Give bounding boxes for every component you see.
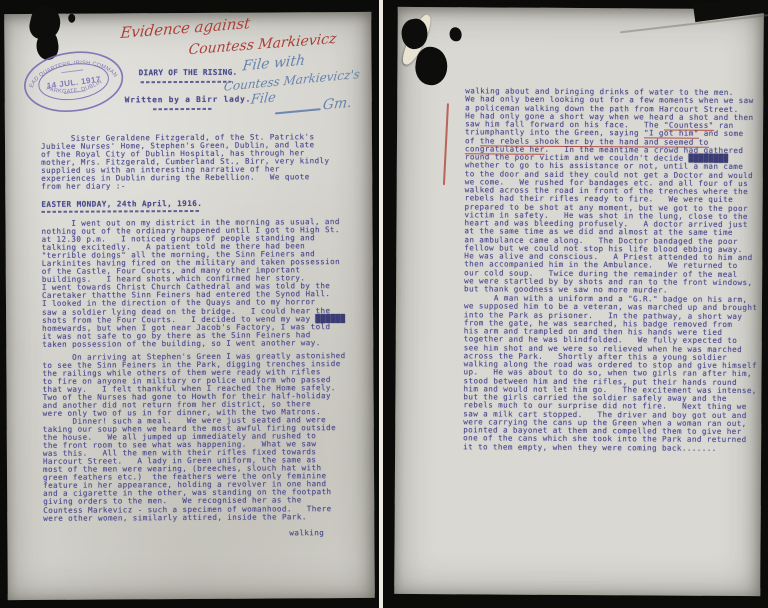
document-scan: HEAD QUARTERS, IRISH COMMAND PARKGATE, D…: [0, 0, 768, 608]
heading-underline: [41, 210, 199, 213]
blue-annotation-line-3: File: [250, 90, 277, 108]
left-page-paper: HEAD QUARTERS, IRISH COMMAND PARKGATE, D…: [4, 12, 375, 600]
received-stamp: HEAD QUARTERS, IRISH COMMAND PARKGATE, D…: [17, 41, 131, 122]
blue-annotation-initials: Gm.: [322, 95, 353, 114]
paragraph-text: I went out on my district in the morning…: [41, 217, 340, 324]
diary-paragraph-5: A man with a uniform and a "G.R." badge …: [463, 294, 766, 453]
catchword: walking: [289, 529, 324, 537]
torn-hole: [450, 27, 462, 41]
document-subtitle: Written by a Birr lady.: [125, 96, 251, 105]
torn-hole: [68, 14, 75, 23]
right-page-paper: walking about and bringing drinks of wat…: [394, 7, 764, 596]
right-page-photo: walking about and bringing drinks of wat…: [383, 0, 768, 608]
red-margin-line: [443, 103, 449, 185]
diary-paragraph-3: Dinner! such a meal. We were just seated…: [43, 416, 370, 523]
diary-entry-heading: EASTER MONDAY, 24th April, 1916.: [41, 200, 202, 209]
intro-paragraph: Sister Geraldene Fitzgerald, of the St. …: [41, 133, 367, 191]
diary-paragraph-1: I went out on my district in the morning…: [41, 218, 368, 349]
title-underline: [141, 81, 231, 83]
diary-paragraph-4: walking about and bringing drinks of wat…: [464, 87, 767, 295]
paragraph-text: whether to go to his assistance or not, …: [464, 154, 753, 295]
blue-annotation-line-1: File with: [242, 52, 306, 74]
document-title: DIARY OF THE RISING.: [139, 69, 238, 78]
diary-paragraph-2: On arriving at Stephen's Green I was gre…: [42, 352, 368, 418]
left-page-photo: HEAD QUARTERS, IRISH COMMAND PARKGATE, D…: [0, 0, 380, 608]
blue-annotation-dash: [275, 108, 321, 114]
subtitle-underline: [153, 108, 213, 110]
